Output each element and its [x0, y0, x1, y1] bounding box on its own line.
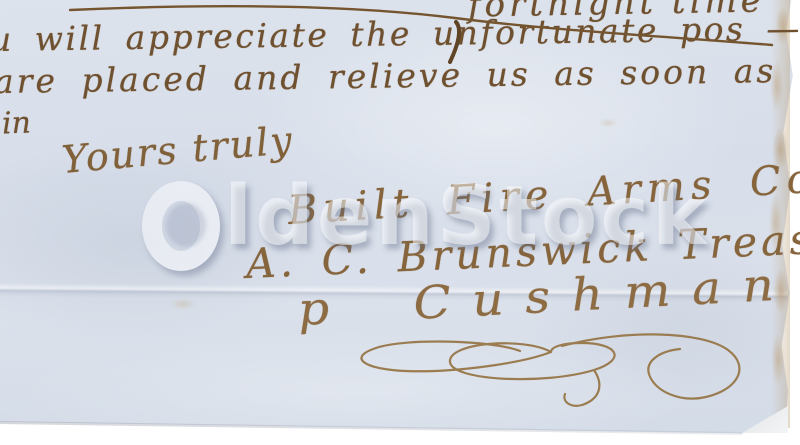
- paper-stain: [598, 118, 618, 128]
- paper-stain: [170, 298, 196, 310]
- handwriting-margin-partial: in: [1, 106, 31, 142]
- scanned-letter-photo: fortnight time u will appreciate the unf…: [0, 0, 800, 445]
